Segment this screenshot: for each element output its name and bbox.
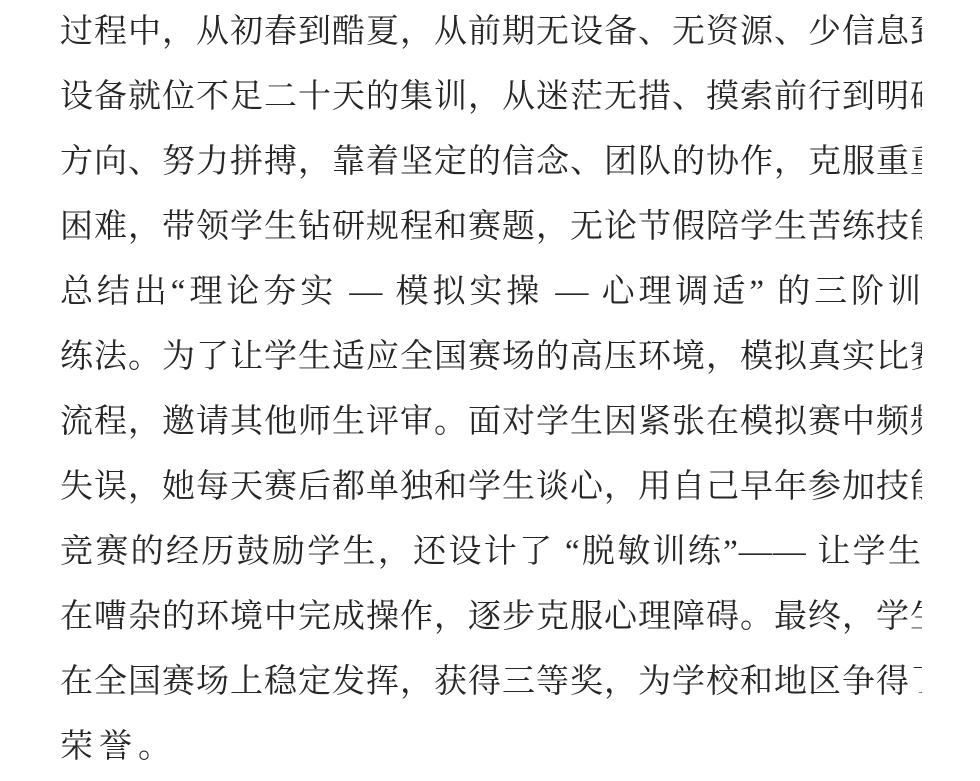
text-line-10: 在嘈杂的环境中完成操作，逐步克服心理障碍。最终，学生 — [60, 585, 922, 650]
text-line-1: 过程中，从初春到酷夏，从前期无设备、无资源、少信息到 — [60, 0, 922, 65]
text-line-5: 总结出“理论夯实 — 模拟实操 — 心理调适” 的三阶训 — [60, 260, 922, 325]
text-line-2: 设备就位不足二十天的集训，从迷茫无措、摸索前行到明确 — [60, 65, 922, 130]
text-line-7: 流程，邀请其他师生评审。面对学生因紧张在模拟赛中频频 — [60, 390, 922, 455]
text-line-11: 在全国赛场上稳定发挥，获得三等奖，为学校和地区争得了 — [60, 650, 922, 715]
text-line-12: 荣誉。 — [60, 715, 922, 780]
text-line-4: 困难，带领学生钻研规程和赛题，无论节假陪学生苦练技能， — [60, 195, 922, 260]
document-page: 过程中，从初春到酷夏，从前期无设备、无资源、少信息到 设备就位不足二十天的集训，… — [0, 0, 980, 781]
text-line-9: 竞赛的经历鼓励学生，还设计了 “脱敏训练”—— 让学生 — [60, 520, 922, 585]
text-line-6: 练法。为了让学生适应全国赛场的高压环境，模拟真实比赛 — [60, 325, 922, 390]
text-line-8: 失误，她每天赛后都单独和学生谈心，用自己早年参加技能 — [60, 455, 922, 520]
text-line-3: 方向、努力拼搏，靠着坚定的信念、团队的协作，克服重重 — [60, 130, 922, 195]
